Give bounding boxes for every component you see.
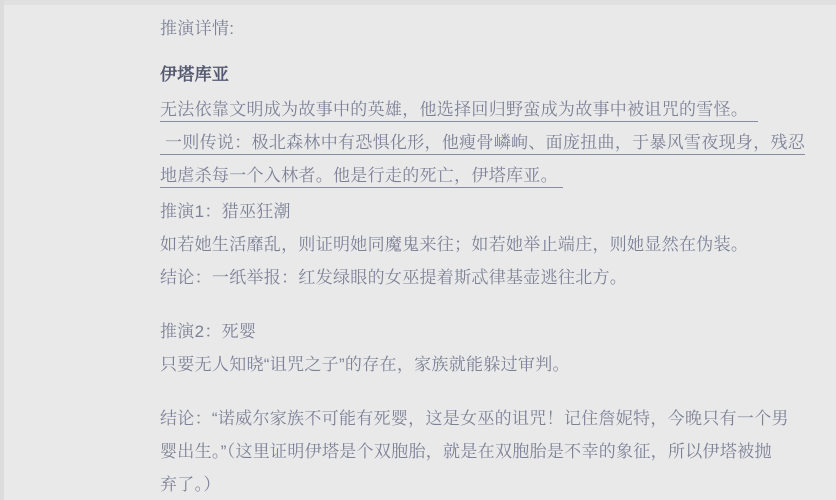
deduction-1-body: 如若她生活靡乱，则证明她同魔鬼来往；如若她举止端庄，则她显然在伪装。	[160, 228, 805, 261]
final-conclusion-block: 结论：“诺威尔家族不可能有死婴，这是女巫的诅咒！记住詹妮特，今晚只有一个男 婴出…	[160, 402, 805, 500]
document-content: 推演详情: 伊塔库亚 无法依靠文明成为故事中的英雄，他选择回归野蛮成为故事中被诅…	[0, 0, 805, 500]
underlined-text: 无法依靠文明成为故事中的英雄，他选择回归野蛮成为故事中被诅咒的雪怪。	[160, 100, 758, 122]
final-conclusion-line-3: 弃了。）	[160, 468, 805, 500]
legend-line-3: 地虐杀每一个入林者。他是行走的死亡，伊塔库亚。	[160, 159, 805, 192]
deduction-1-block: 推演1：猎巫狂潮 如若她生活靡乱，则证明她同魔鬼来往；如若她举止端庄，则她显然在…	[160, 195, 805, 294]
underlined-text: 地虐杀每一个入林者。他是行走的死亡，伊塔库亚。	[160, 166, 563, 188]
legend-line-2: 一则传说：极北森林中有恐惧化形，他瘦骨嶙峋、面庞扭曲，于暴风雪夜现身，残忍	[160, 126, 805, 159]
monster-name-heading: 伊塔库亚	[160, 58, 805, 91]
final-conclusion-line-2: 婴出生。”（这里证明伊塔是个双胞胎，就是在双胞胎是不幸的象征，所以伊塔被抛	[160, 435, 805, 468]
legend-line-1: 无法依靠文明成为故事中的英雄，他选择回归野蛮成为故事中被诅咒的雪怪。	[160, 93, 805, 126]
deduction-2-block: 推演2：死婴 只要无人知晓“诅咒之子”的存在，家族就能躲过审判。	[160, 315, 805, 381]
legend-paragraph: 无法依靠文明成为故事中的英雄，他选择回归野蛮成为故事中被诅咒的雪怪。 一则传说：…	[160, 93, 805, 192]
deduction-2-body: 只要无人知晓“诅咒之子”的存在，家族就能躲过审判。	[160, 348, 805, 381]
underlined-text: 一则传说：极北森林中有恐惧化形，他瘦骨嶙峋、面庞扭曲，于暴风雪夜现身，残忍	[160, 133, 805, 155]
deduction-1-conclusion: 结论：一纸举报：红发绿眼的女巫提着斯忒律基壶逃往北方。	[160, 261, 805, 294]
deduction-details-page: 推演详情: 伊塔库亚 无法依靠文明成为故事中的英雄，他选择回归野蛮成为故事中被诅…	[0, 0, 836, 500]
deduction-2-title: 推演2：死婴	[160, 315, 805, 348]
deduction-1-title: 推演1：猎巫狂潮	[160, 195, 805, 228]
section-label: 推演详情:	[160, 12, 805, 45]
final-conclusion-line-1: 结论：“诺威尔家族不可能有死婴，这是女巫的诅咒！记住詹妮特，今晚只有一个男	[160, 402, 805, 435]
